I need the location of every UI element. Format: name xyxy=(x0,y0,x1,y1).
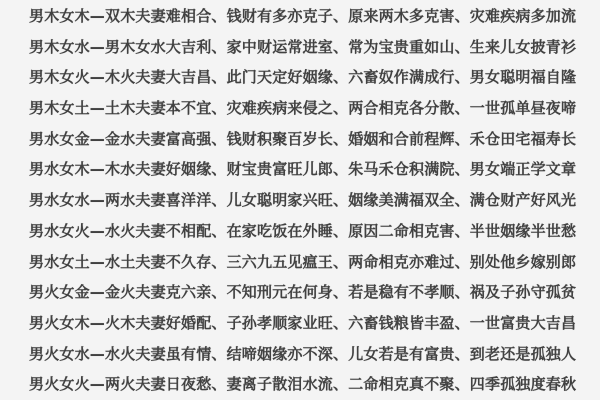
verse-line-fire-wood: 男火女木—火木夫妻好婚配、子孙孝顺家业旺、六畜钱粮皆丰盈、一世富贵大吉昌 xyxy=(29,308,580,339)
verse-line-fire-fire: 男火女火—两火夫妻日夜愁、妻离子散泪水流、二命相克真不聚、四季孤独度春秋 xyxy=(29,369,580,400)
verse-line-wood-earth: 男木女土—土木夫妻本不宜、灾难疾病来侵之、两合相克各分散、一世孤单昼夜啼 xyxy=(29,93,580,124)
verse-line-water-earth: 男水女土—水土夫妻不久存、三六九五见瘟王、两命相克亦难过、别处他乡嫁别郎 xyxy=(29,247,580,278)
verse-line-wood-fire: 男木女火—木火夫妻大吉昌、此门天定好姻缘、六畜奴作满成行、男女聪明福自隆 xyxy=(29,62,580,93)
marriage-compatibility-document: 男木女木—双木夫妻难相合、钱财有多亦克子、原来两木多克害、灾难疾病多加流 男木女… xyxy=(0,0,600,400)
verse-line-wood-wood: 男木女木—双木夫妻难相合、钱财有多亦克子、原来两木多克害、灾难疾病多加流 xyxy=(29,1,580,32)
verse-line-fire-metal: 男火女金—金火夫妻克六亲、不知刑元在何身、若是稳有不孝顺、祸及子孙守孤贫 xyxy=(29,277,580,308)
verse-line-water-water: 男水女水—两水夫妻喜洋洋、儿女聪明家兴旺、姻缘美满福双全、满仓财产好风光 xyxy=(29,185,580,216)
verse-line-water-metal: 男水女金—金水夫妻富高强、钱财积聚百岁长、婚姻和合前程辉、禾仓田宅福寿长 xyxy=(29,124,580,155)
verse-line-wood-water: 男木女水—男木女水大吉利、家中财运常进室、常为宝贵重如山、生来儿女披青衫 xyxy=(29,32,580,63)
verse-line-water-wood: 男水女木—木水夫妻好姻缘、财宝贵富旺儿郎、朱马禾仓积满院、男女端正学文章 xyxy=(29,154,580,185)
verse-line-fire-water: 男火女水—水火夫妻虽有情、结啼姻缘亦不深、儿女若是有富贵、到老还是孤独人 xyxy=(29,339,580,370)
verse-line-water-fire: 男水女火—水火夫妻不相配、在家吃饭在外睡、原因二命相克害、半世姻缘半世愁 xyxy=(29,216,580,247)
